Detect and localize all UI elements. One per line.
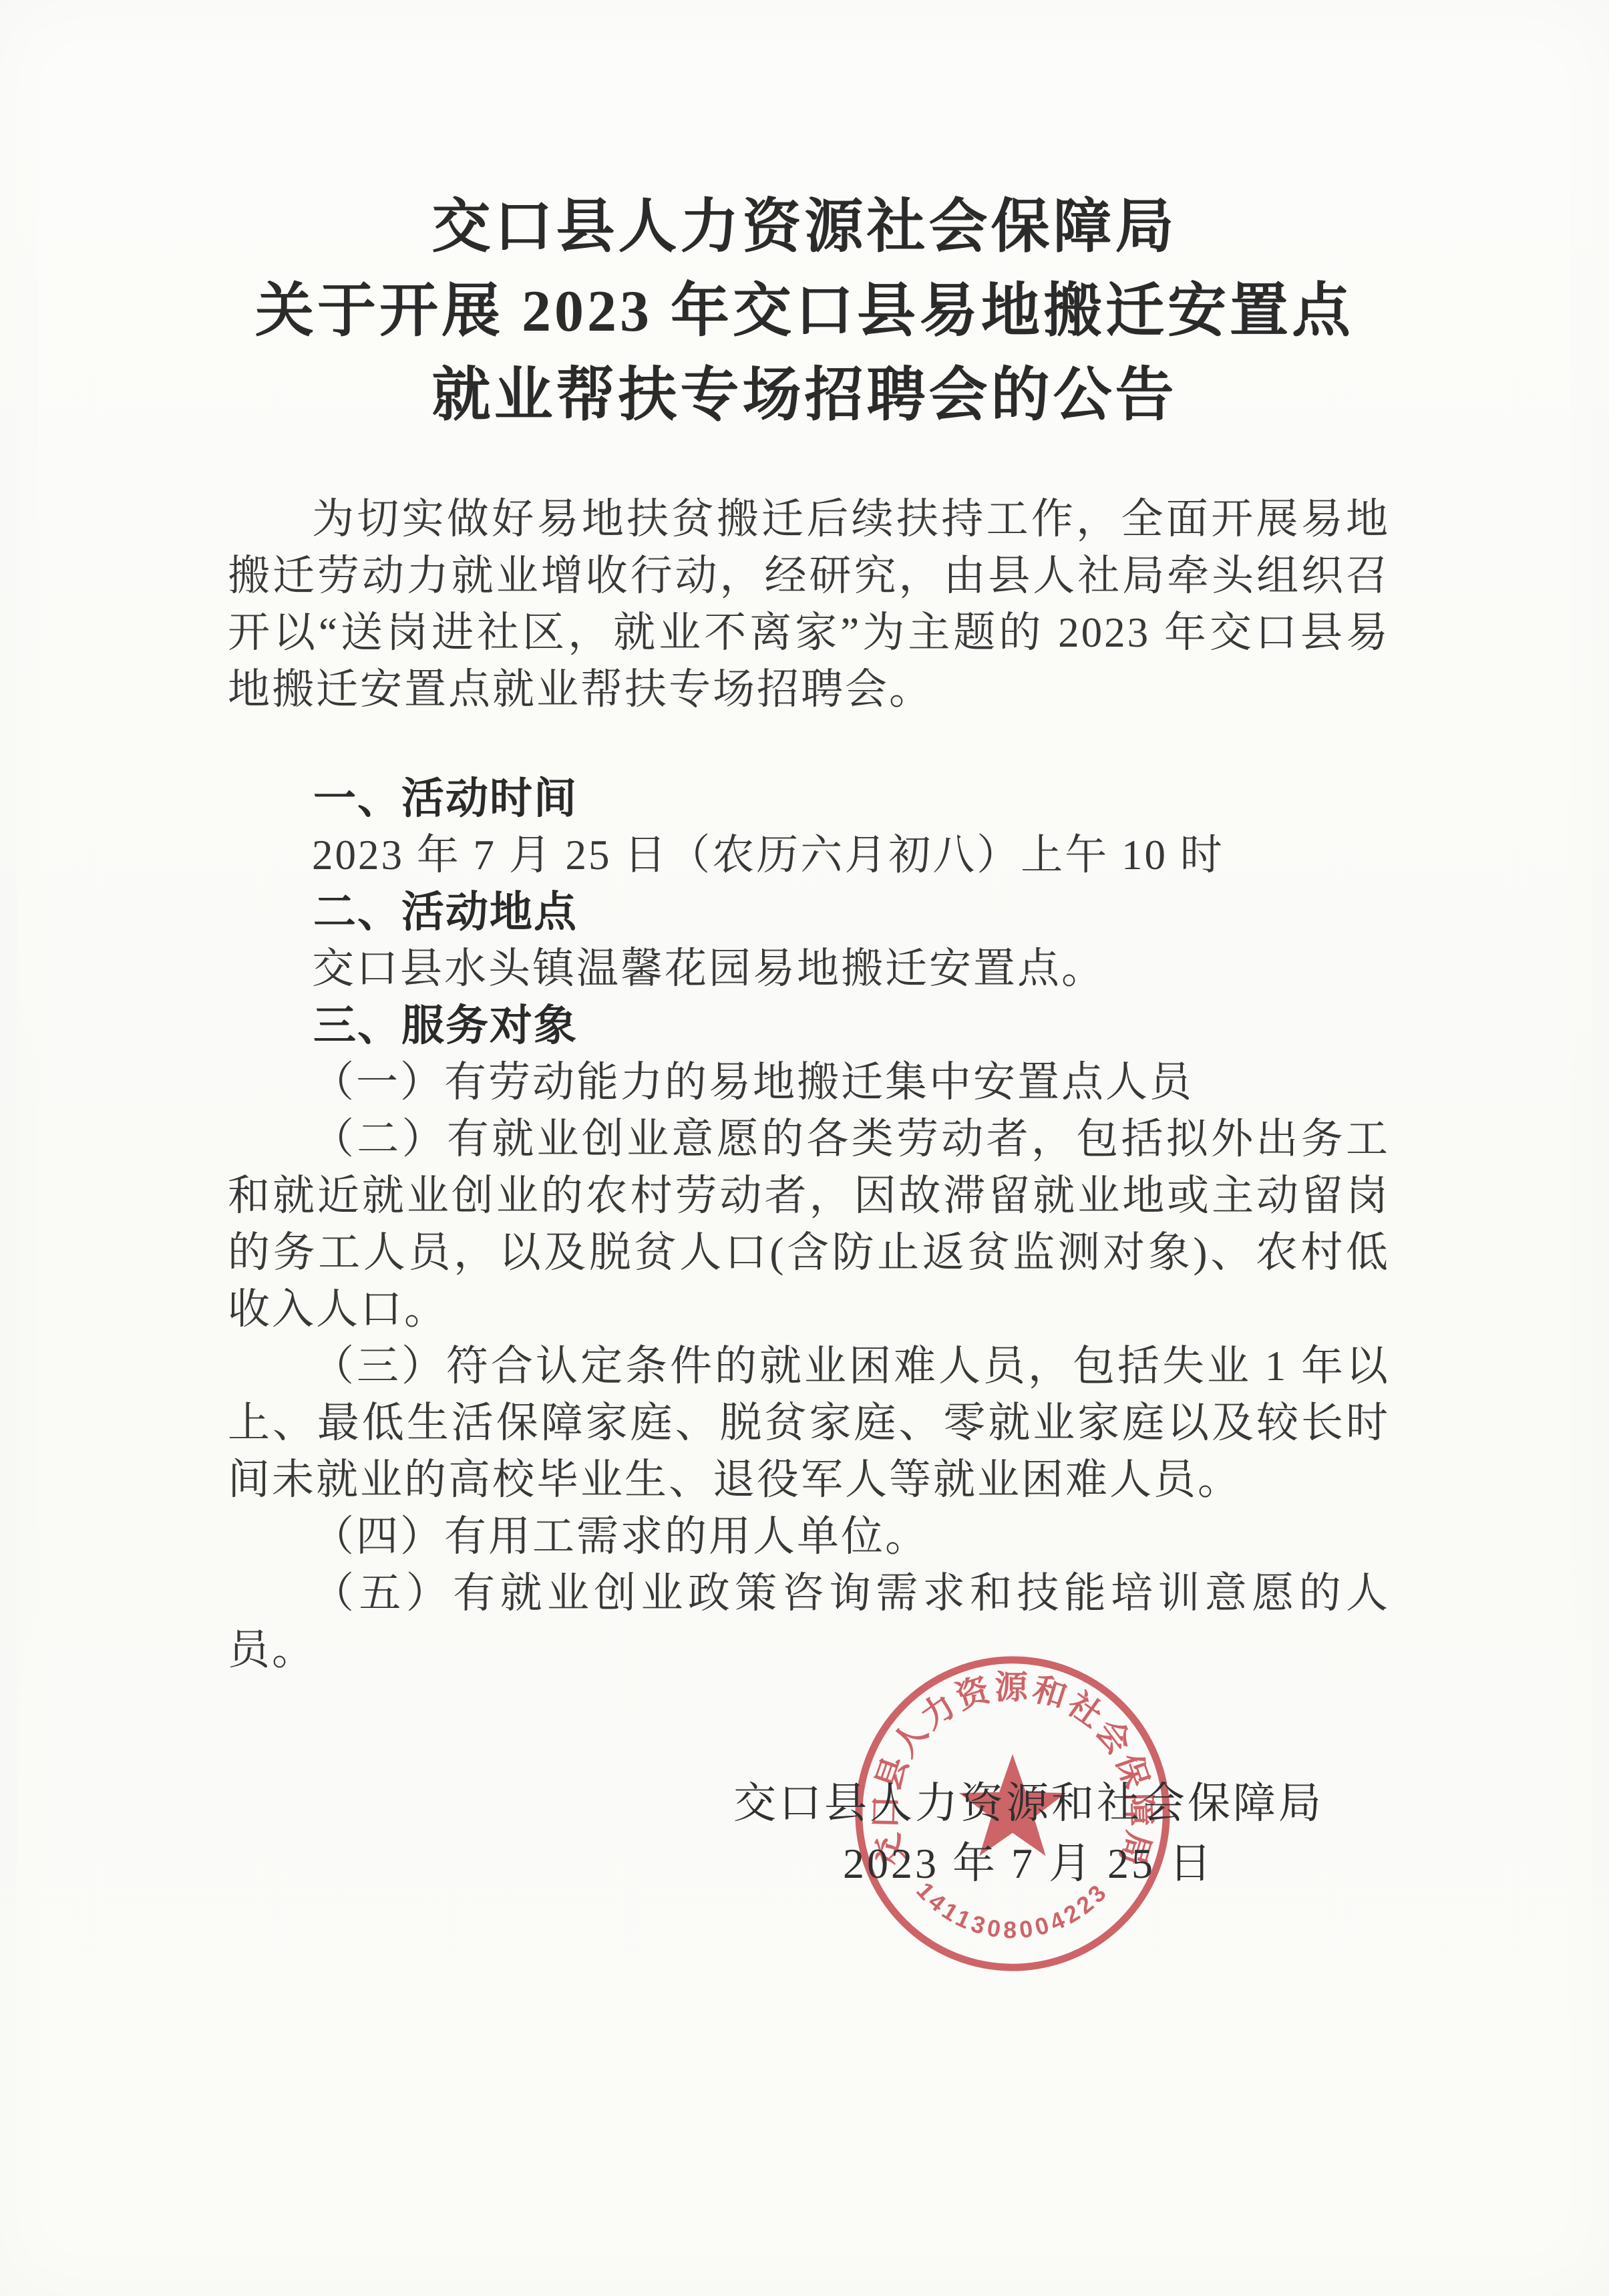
service-item: （四）有用工需求的用人单位。 [228, 1508, 1390, 1565]
signature-org: 交口县人力资源和社会保障局 [655, 1774, 1403, 1834]
service-item: （五）有就业创业政策咨询需求和技能培训意愿的人员。 [228, 1565, 1390, 1679]
section-2-content: 交口县水头镇温馨花园易地搬迁安置点。 [228, 941, 1390, 997]
document-title-line-1: 交口县人力资源社会保障局 [0, 186, 1609, 270]
section-2-heading: 二、活动地点 [228, 884, 1390, 941]
section-1-content: 2023 年 7 月 25 日（农历六月初八）上午 10 时 [228, 827, 1390, 884]
signature-date: 2023 年 7 月 25 日 [655, 1834, 1403, 1894]
announcement-page: 交口县人力资源社会保障局 关于开展 2023 年交口县易地搬迁安置点 就业帮扶专… [0, 0, 1609, 2296]
document-title-line-3: 就业帮扶专场招聘会的公告 [0, 354, 1609, 438]
signature-block: 交口县人力资源和社会保障局 2023 年 7 月 25 日 [655, 1774, 1403, 1894]
section-3-heading: 三、服务对象 [228, 997, 1390, 1054]
document-title-line-2: 关于开展 2023 年交口县易地搬迁安置点 [0, 270, 1609, 354]
service-item: （一）有劳动能力的易地搬迁集中安置点人员 [228, 1054, 1390, 1111]
section-1-heading: 一、活动时间 [228, 770, 1390, 827]
document-body: 为切实做好易地扶贫搬迁后续扶持工作，全面开展易地搬迁劳动力就业增收行动，经研究，… [228, 491, 1390, 1679]
intro-paragraph: 为切实做好易地扶贫搬迁后续扶持工作，全面开展易地搬迁劳动力就业增收行动，经研究，… [228, 491, 1390, 718]
service-item: （二）有就业创业意愿的各类劳动者，包括拟外出务工和就近就业创业的农村劳动者，因故… [228, 1111, 1390, 1338]
service-item: （三）符合认定条件的就业困难人员，包括失业 1 年以上、最低生活保障家庭、脱贫家… [228, 1338, 1390, 1508]
document-title: 交口县人力资源社会保障局 关于开展 2023 年交口县易地搬迁安置点 就业帮扶专… [0, 186, 1609, 438]
